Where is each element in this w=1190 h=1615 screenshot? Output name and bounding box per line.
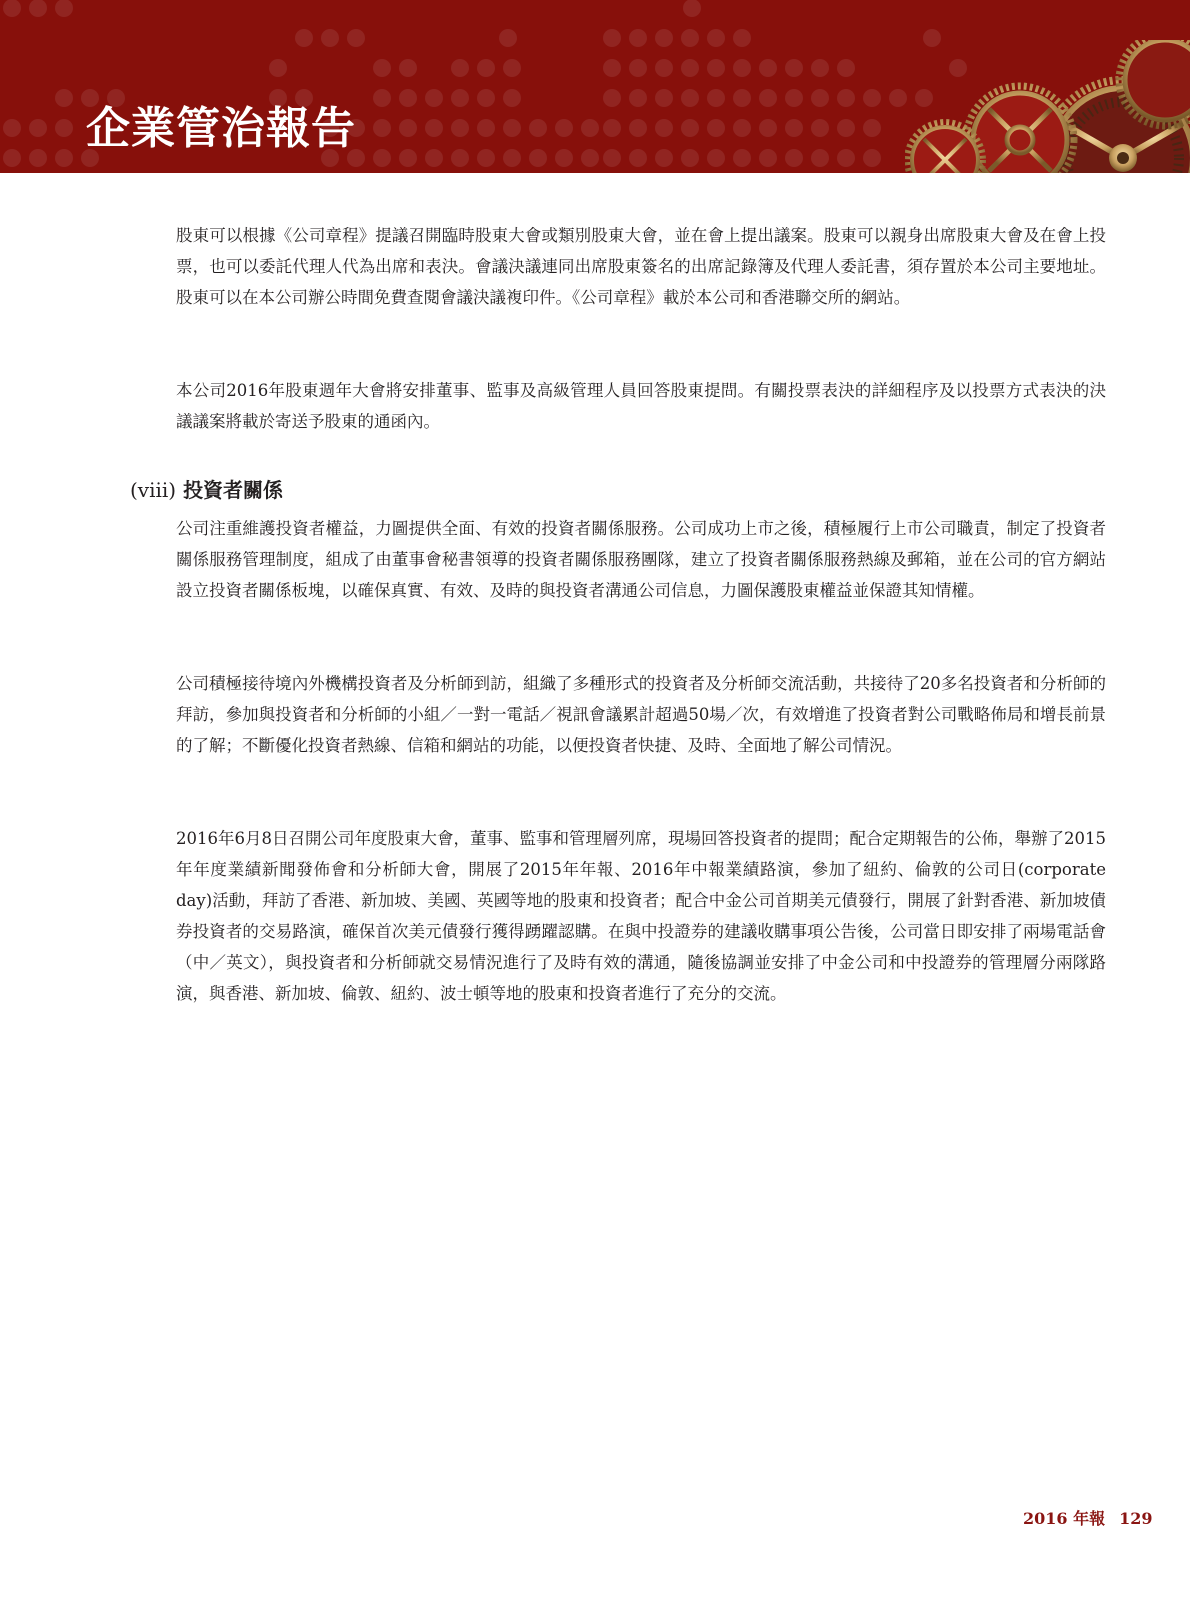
section-number: (viii) <box>130 478 176 502</box>
paragraph-ir-services: 公司注重維護投資者權益，力圖提供全面、有效的投資者關係服務。公司成功上市之後，積… <box>176 513 1106 606</box>
page-footer: 2016 年報129 <box>1023 1506 1153 1529</box>
paragraph-ir-activities: 公司積極接待境內外機構投資者及分析師到訪，組織了多種形式的投資者及分析師交流活動… <box>176 668 1106 761</box>
footer-report-label: 2016 年報 <box>1023 1509 1105 1528</box>
page-number: 129 <box>1119 1509 1152 1528</box>
gears-icon <box>905 40 1190 173</box>
paragraph-ir-events-2016: 2016年6月8日召開公司年度股東大會，董事、監事和管理層列席，現場回答投資者的… <box>176 823 1106 1009</box>
paragraph-shareholder-meetings: 股東可以根據《公司章程》提議召開臨時股東大會或類別股東大會，並在會上提出議案。股… <box>176 220 1106 313</box>
section-heading-investor-relations: (viii) 投資者關係 <box>130 474 283 503</box>
section-title: 投資者關係 <box>183 478 283 502</box>
header-banner: 企業管治報告 <box>0 0 1190 173</box>
paragraph-agm-2016: 本公司2016年股東週年大會將安排董事、監事及高級管理人員回答股東提問。有關投票… <box>176 375 1106 437</box>
page-title: 企業管治報告 <box>86 107 356 151</box>
